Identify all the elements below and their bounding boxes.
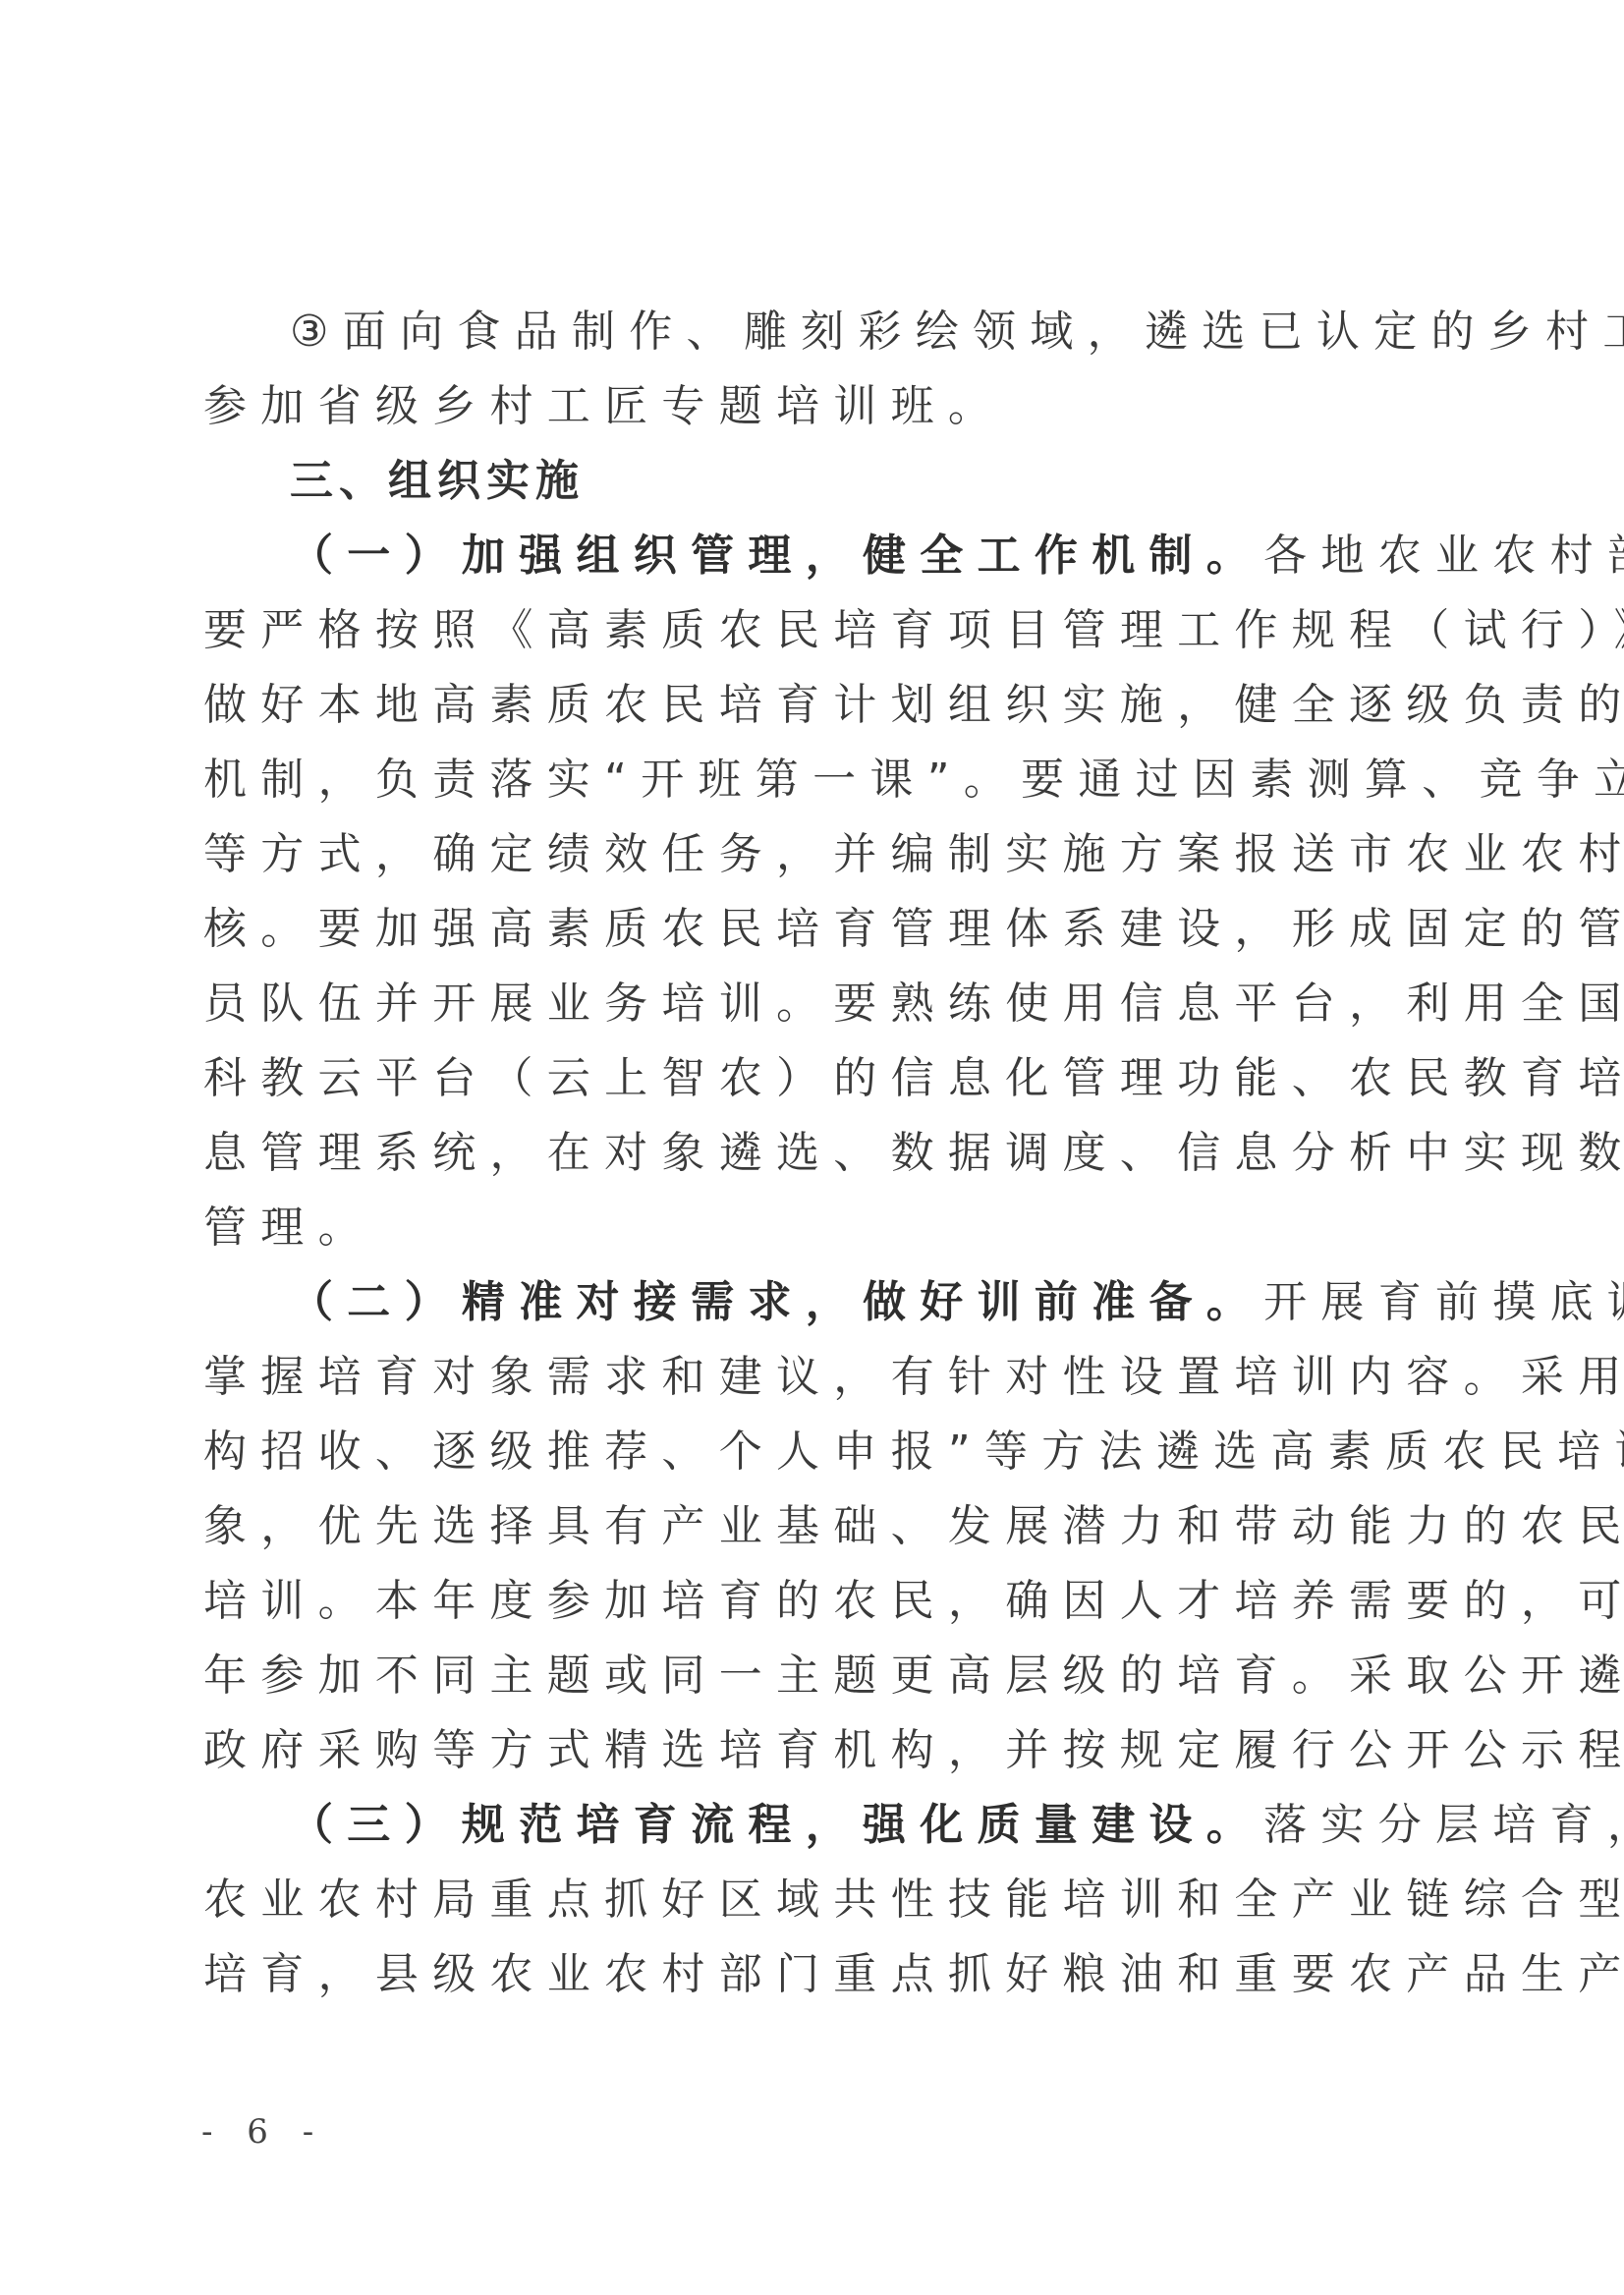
subsection-title: （二）精准对接需求，做好训前准备。 bbox=[290, 1277, 1263, 1327]
paragraph-line: 年参加不同主题或同一主题更高层级的培育。采取公开遴选或 bbox=[203, 1639, 1408, 1713]
paragraph-line: 要严格按照《高素质农民培育项目管理工作规程（试行）》， bbox=[203, 593, 1408, 668]
line-text: 农业农村局重点抓好区域共性技能培训和全产业链综合型人才 bbox=[203, 1875, 1624, 1925]
heading-text: 三、组织实施 bbox=[290, 456, 585, 506]
paragraph-line: 息管理系统，在对象遴选、数据调度、信息分析中实现数字化 bbox=[203, 1116, 1408, 1191]
line-text: 象，优先选择具有产业基础、发展潜力和带动能力的农民参加 bbox=[203, 1501, 1624, 1551]
line-text: 各地农业农村部门 bbox=[1263, 531, 1624, 581]
line-text: 年参加不同主题或同一主题更高层级的培育。采取公开遴选或 bbox=[203, 1651, 1624, 1701]
paragraph-line: 科教云平台（云上智农）的信息化管理功能、农民教育培训信 bbox=[203, 1041, 1408, 1116]
paragraph-line: 机制，负责落实“开班第一课”。要通过因素测算、竞争立项 bbox=[203, 743, 1408, 817]
line-text: 员队伍并开展业务培训。要熟练使用信息平台，利用全国农业 bbox=[203, 979, 1624, 1029]
subsection-line-2: （二）精准对接需求，做好训前准备。开展育前摸底调研， bbox=[203, 1265, 1408, 1340]
line-text: 等方式，确定绩效任务，并编制实施方案报送市农业农村局审 bbox=[203, 829, 1624, 879]
line-text: 开展育前摸底调研， bbox=[1263, 1277, 1624, 1327]
section-heading: 三、组织实施 bbox=[203, 444, 1408, 519]
line-text: 做好本地高素质农民培育计划组织实施，健全逐级负责的管理 bbox=[203, 680, 1624, 730]
subsection-title: （三）规范培育流程，强化质量建设。 bbox=[290, 1800, 1263, 1850]
line-text: 培训。本年度参加培育的农民，确因人才培养需要的，可在次 bbox=[203, 1576, 1624, 1626]
paragraph-line: 核。要加强高素质农民培育管理体系建设，形成固定的管理人 bbox=[203, 892, 1408, 967]
line-text: 参加省级乡村工匠专题培训班。 bbox=[203, 381, 1005, 431]
paragraph-line: 等方式，确定绩效任务，并编制实施方案报送市农业农村局审 bbox=[203, 817, 1408, 892]
line-text: 息管理系统，在对象遴选、数据调度、信息分析中实现数字化 bbox=[203, 1128, 1624, 1178]
line-text: 培育，县级农业农村部门重点抓好粮油和重要农产品生产经营 bbox=[203, 1949, 1624, 1999]
line-text: 要严格按照《高素质农民培育项目管理工作规程（试行）》， bbox=[203, 605, 1624, 655]
line-text: 管理。 bbox=[203, 1203, 375, 1253]
paragraph-line: 政府采购等方式精选培育机构，并按规定履行公开公示程序。 bbox=[203, 1713, 1408, 1788]
line-text: 构招收、逐级推荐、个人申报”等方法遴选高素质农民培训对 bbox=[203, 1427, 1624, 1477]
line-text: 落实分层培育，市 bbox=[1263, 1800, 1624, 1850]
paragraph-line: 培训。本年度参加培育的农民，确因人才培养需要的，可在次 bbox=[203, 1564, 1408, 1639]
paragraph-line-item3: ③面向食品制作、雕刻彩绘领域，遴选已认定的乡村工匠 bbox=[203, 295, 1408, 369]
page-number: - 6 - bbox=[201, 2112, 325, 2152]
subsection-line-3: （三）规范培育流程，强化质量建设。落实分层培育，市 bbox=[203, 1788, 1408, 1863]
document-page: ③面向食品制作、雕刻彩绘领域，遴选已认定的乡村工匠 参加省级乡村工匠专题培训班。… bbox=[203, 295, 1408, 2012]
line-text: 核。要加强高素质农民培育管理体系建设，形成固定的管理人 bbox=[203, 904, 1624, 954]
paragraph-line: 掌握培育对象需求和建议，有针对性设置培训内容。采用“机 bbox=[203, 1340, 1408, 1415]
line-text: 机制，负责落实“开班第一课”。要通过因素测算、竞争立项 bbox=[203, 755, 1624, 805]
line-text: ③面向食品制作、雕刻彩绘领域，遴选已认定的乡村工匠 bbox=[290, 307, 1624, 357]
paragraph-line: 做好本地高素质农民培育计划组织实施，健全逐级负责的管理 bbox=[203, 668, 1408, 743]
line-text: 掌握培育对象需求和建议，有针对性设置培训内容。采用“机 bbox=[203, 1352, 1624, 1402]
paragraph-line: 参加省级乡村工匠专题培训班。 bbox=[203, 369, 1408, 444]
paragraph-line: 象，优先选择具有产业基础、发展潜力和带动能力的农民参加 bbox=[203, 1489, 1408, 1564]
subsection-title: （一）加强组织管理，健全工作机制。 bbox=[290, 531, 1263, 581]
paragraph-line: 农业农村局重点抓好区域共性技能培训和全产业链综合型人才 bbox=[203, 1863, 1408, 1937]
paragraph-line: 培育，县级农业农村部门重点抓好粮油和重要农产品生产经营 bbox=[203, 1937, 1408, 2012]
line-text: 科教云平台（云上智农）的信息化管理功能、农民教育培训信 bbox=[203, 1053, 1624, 1103]
paragraph-line: 构招收、逐级推荐、个人申报”等方法遴选高素质农民培训对 bbox=[203, 1415, 1408, 1489]
line-text: 政府采购等方式精选培育机构，并按规定履行公开公示程序。 bbox=[203, 1725, 1624, 1775]
subsection-line-1: （一）加强组织管理，健全工作机制。各地农业农村部门 bbox=[203, 519, 1408, 593]
paragraph-line: 管理。 bbox=[203, 1191, 1408, 1265]
paragraph-line: 员队伍并开展业务培训。要熟练使用信息平台，利用全国农业 bbox=[203, 967, 1408, 1041]
